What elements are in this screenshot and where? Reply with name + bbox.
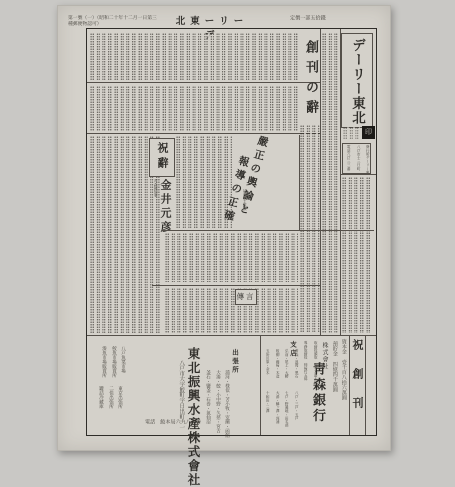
ad-facility-item: 湊魚市場販賣所	[101, 346, 106, 375]
main-headline-byline: 社長兼主筆談	[242, 189, 246, 218]
column-divider	[87, 82, 320, 83]
bank-branch-group: 弘前・尾上・大鰐	[284, 349, 288, 372]
newspaper-page: 第一號（一）（昭和二十年十二月一日第三種郵便物認可） 北東ーリーデ 定價一部五拾…	[57, 5, 391, 451]
ad-branch-line: 浦河・様似・苫小牧・室蘭・函館	[224, 370, 229, 415]
bank-branch-group: 七戸・野邊地・田名部	[284, 391, 288, 414]
ad-separator-rule	[365, 335, 366, 435]
publication-info-line: 八戸市十三日町	[355, 145, 359, 174]
ad-facilities-row1: 八戸魚菜市場 鮫魚市場販賣所 湊魚市場販賣所	[99, 346, 125, 384]
body-text-block	[90, 86, 298, 131]
bank-name: 靑森銀行	[308, 362, 327, 424]
bank-congrats-banner: 祝創刊	[351, 339, 365, 426]
bank-branch-group: 板柳・藤崎・木造	[274, 349, 278, 372]
ad-branch-line: 大湊・鮫・小中野・久慈・宮古	[214, 370, 219, 415]
ad-facility-item: 東京出張所	[117, 386, 122, 415]
body-text-block	[322, 33, 339, 333]
nameplate-box: デーリー東北	[341, 33, 373, 128]
body-text-block	[165, 288, 298, 333]
bank-branch-row2: 八戸・三戸・五戸 七戸・野邊地・田名部 大湊・鰺ヶ澤・深浦 十和田・三澤	[262, 391, 297, 429]
bank-branch-group: 八戸・三戸・五戸	[293, 391, 297, 414]
bank-deposits: 預貯金 四億四千萬圓	[331, 341, 337, 392]
bank-capital: 資本金 壹千百八拾六萬圓	[340, 339, 346, 400]
column-divider	[152, 285, 320, 286]
ads-divider	[87, 335, 376, 336]
ad-facility-item: 八戸魚菜市場	[120, 346, 125, 375]
ad-facilities-row2: 東京出張所 二俣出張所 罐詰冷藏庫	[96, 386, 122, 424]
nameplate-title: デーリー東北	[347, 36, 367, 126]
ad-address: 八戸市大字鮫町字日出町一一	[178, 360, 184, 430]
page-frame: 祝辭 靑森縣知事 金井元彦 嚴正の輿論と 報導の正確 社長兼主筆談 創刊の辭 デ…	[86, 28, 377, 436]
ad-facility-item: 二俣出張所	[107, 386, 112, 415]
ad-separator-rule	[260, 335, 261, 435]
body-text-block	[90, 33, 298, 80]
congrats-author-name: 金井元彦	[157, 179, 173, 235]
bank-branch-group: 青森・浪岡・黑石	[293, 349, 297, 372]
column-divider	[340, 174, 376, 175]
lead-headline: 創刊の辭	[301, 40, 320, 120]
edition-info-right: 定價一部五拾錢	[290, 16, 350, 22]
bank-branch-group: 五所川原・金木	[265, 349, 269, 372]
congrats-author-title: 靑森縣知事	[153, 179, 157, 209]
congrats-label: 祝辭	[154, 142, 170, 172]
body-text-block	[342, 177, 372, 333]
publication-info-box: 發行所デーリー東北新聞社 八戸市十三日町 電話八戸三三番 定價一ヶ月金五圓	[342, 143, 371, 174]
publication-info-line: 發行所デーリー東北新聞社	[365, 145, 369, 174]
column-divider	[87, 133, 320, 134]
bank-branch-group: 十和田・三澤	[265, 391, 269, 414]
ad-branch-office-label: 出張所	[231, 349, 240, 375]
bank-branch-row1: 青森・浪岡・黑石 弘前・尾上・大鰐 板柳・藤崎・木造 五所川原・金木	[262, 349, 297, 387]
ad-company-name-suisan: 東北振興水產株式會社	[184, 347, 202, 455]
bank-officer-line: 專務取締役 柿崎竹五郞	[303, 341, 307, 394]
column-rule	[320, 29, 321, 335]
edition-info-left: 第一號（一）（昭和二十年十二月一日第三種郵便物認可）	[68, 16, 158, 27]
body-text-block	[165, 233, 298, 282]
body-text-block	[343, 127, 360, 140]
publisher-seal: 印	[362, 126, 375, 139]
section-label-box: 傳言	[235, 289, 257, 305]
ad-branch-line: 釜石・鹽釜・石巻・氣仙沼	[205, 370, 210, 415]
bank-branch-group: 大湊・鰺ヶ澤・深浦	[274, 391, 278, 414]
column-divider	[162, 230, 374, 231]
ad-facility-item: 鮫魚市場販賣所	[110, 346, 115, 375]
body-text-block	[300, 125, 320, 333]
ad-branch-office-list: 浦河・様似・苫小牧・室蘭・函館 大湊・鮫・小中野・久慈・宮古 釜石・鹽釜・石巻・…	[203, 370, 229, 430]
publication-info-line: 電話八戸三三番	[346, 145, 350, 174]
congrats-label-box: 祝辭	[149, 138, 175, 177]
ad-facility-item: 罐詰冷藏庫	[98, 386, 103, 415]
